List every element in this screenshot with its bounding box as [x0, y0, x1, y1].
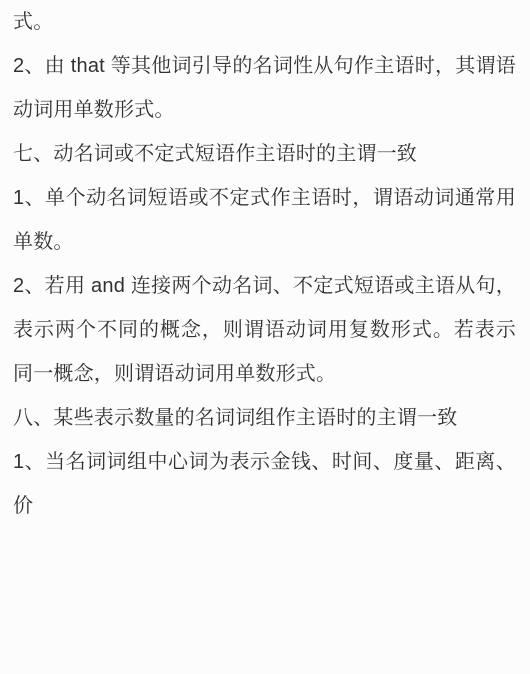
section-heading-seven: 七、动名词或不定式短语作主语时的主谓一致 [13, 132, 516, 176]
rule-paragraph-that-clause: 2、由 that 等其他词引导的名词性从句作主语时，其谓语动词用单数形式。 [13, 44, 516, 132]
page: { "page": { "background_color": "#fcfcfc… [0, 0, 530, 674]
section-heading-eight: 八、某些表示数量的名词词组作主语时的主谓一致 [13, 396, 516, 440]
rule-paragraph-quantity-truncated: 1、当名词词组中心词为表示金钱、时间、度量、距离、价 [13, 440, 516, 528]
rule-paragraph-gerund-and: 2、若用 and 连接两个动名词、不定式短语或主语从句，表示两个不同的概念，则谓… [13, 264, 516, 396]
paragraph-continuation: 式。 [13, 0, 516, 44]
article-text-page: 式。 2、由 that 等其他词引导的名词性从句作主语时，其谓语动词用单数形式。… [0, 0, 530, 674]
rule-paragraph-gerund-single: 1、单个动名词短语或不定式作主语时，谓语动词通常用单数。 [13, 176, 516, 264]
